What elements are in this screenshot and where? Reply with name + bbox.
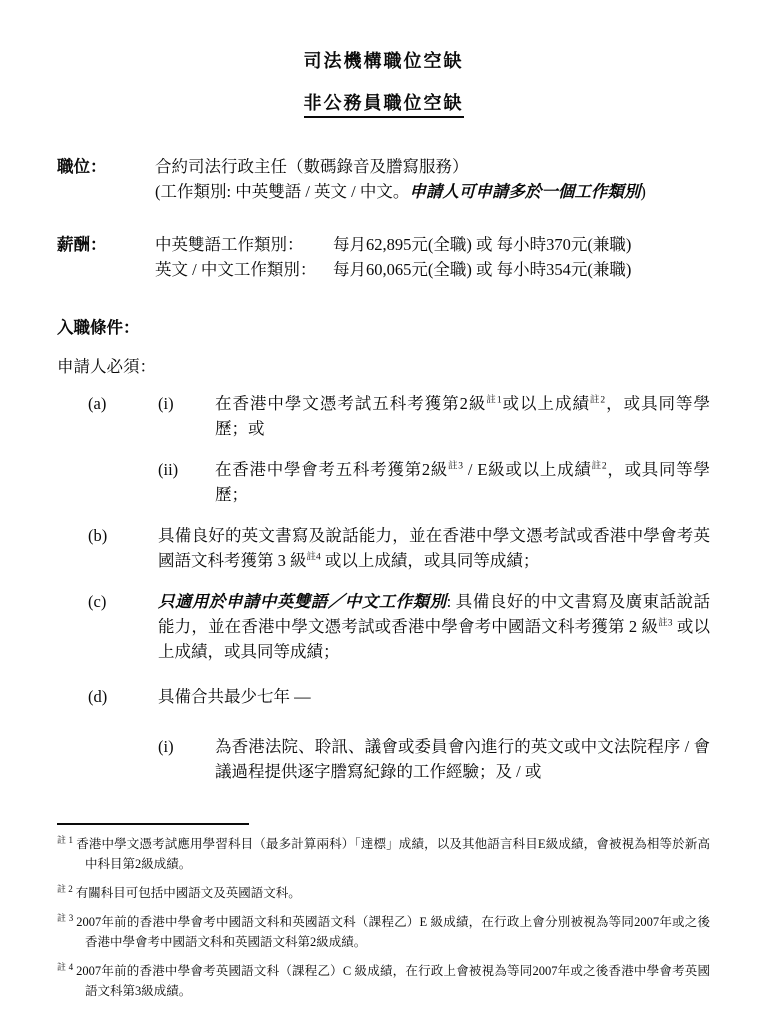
footnote-1: 註 1香港中學文憑考試應用學習科目（最多計算兩科）「達標」成績，以及其他語言科目… <box>57 834 710 874</box>
clause-a-subclause-ii: (ii) 在香港中學會考五科考獲第2級註3 / E級或以上成績註2，或具同等學歷… <box>158 457 710 507</box>
clause-a-marker: (a) <box>88 391 158 507</box>
document-title: 司法機構職位空缺 <box>57 50 710 72</box>
footnote-2-marker: 註 2 <box>57 884 76 894</box>
salary-content: 中英雙語工作類別：每月62,895元(全職) 或 每小時370元(兼職) 英文 … <box>155 232 710 282</box>
clause-a-body: (i) 在香港中學文憑考試五科考獲第2級註1或以上成績註2，或具同等學歷；或 (… <box>158 391 710 507</box>
subclause-ii-marker: (ii) <box>158 457 215 507</box>
footnote-1-text: 香港中學文憑考試應用學習科目（最多計算兩科）「達標」成績，以及其他語言科目E級成… <box>76 837 710 871</box>
footnote-3: 註 32007年前的香港中學會考中國語文科和英國語文科（課程乙）E 級成績，在行… <box>57 912 710 952</box>
clause-d-marker: (d) <box>88 684 158 784</box>
subclause-i-marker: (i) <box>158 734 215 784</box>
position-content: 合約司法行政主任（數碼錄音及謄寫服務） (工作類別: 中英雙語 / 英文 / 中… <box>155 154 710 204</box>
salary-line-english-chinese: 英文 / 中文工作類別：每月60,065元(全職) 或 每小時354元(兼職) <box>155 257 710 282</box>
document-subtitle: 非公務員職位空缺 <box>304 92 464 118</box>
clause-d-lead-text: 具備合共最少七年 — <box>158 684 710 709</box>
salary-category: 英文 / 中文工作類別： <box>155 257 333 282</box>
position-name: 合約司法行政主任（數碼錄音及謄寫服務） <box>155 154 710 179</box>
position-note: (工作類別: 中英雙語 / 英文 / 中文。申請人可申請多於一個工作類別) <box>155 179 710 204</box>
footnote-3-text: 2007年前的香港中學會考中國語文科和英國語文科（課程乙）E 級成績，在行政上會… <box>76 915 710 949</box>
salary-amount: 每月60,065元(全職) 或 每小時354元(兼職) <box>333 260 631 279</box>
footnote-divider <box>57 823 249 825</box>
salary-row: 薪酬： 中英雙語工作類別：每月62,895元(全職) 或 每小時370元(兼職)… <box>57 232 710 282</box>
clause-a: (a) (i) 在香港中學文憑考試五科考獲第2級註1或以上成績註2，或具同等學歷… <box>88 391 710 507</box>
salary-amount: 每月62,895元(全職) 或 每小時370元(兼職) <box>333 235 631 254</box>
document-subtitle-wrap: 非公務員職位空缺 <box>57 92 710 118</box>
footnote-2-text: 有關科目可包括中國語文及英國語文科。 <box>76 886 301 900</box>
footnote-4: 註 42007年前的香港中學會考英國語文科（課程乙）C 級成績，在行政上會被視為… <box>57 961 710 1001</box>
clause-c-marker: (c) <box>88 589 158 664</box>
salary-line-bilingual: 中英雙語工作類別：每月62,895元(全職) 或 每小時370元(兼職) <box>155 232 710 257</box>
requirements-heading: 入職條件： <box>57 315 710 340</box>
clause-c: (c) 只適用於申請中英雙語／中文工作類別: 具備良好的中文書寫及廣東話說話能力… <box>88 589 710 664</box>
clause-d: (d) 具備合共最少七年 — (i) 為香港法院、聆訊、議會或委員會內進行的英文… <box>88 684 710 784</box>
clause-d-body: 具備合共最少七年 — (i) 為香港法院、聆訊、議會或委員會內進行的英文或中文法… <box>158 684 710 784</box>
clause-a-subclause-i: (i) 在香港中學文憑考試五科考獲第2級註1或以上成績註2，或具同等學歷；或 <box>158 391 710 441</box>
document-page: 司法機構職位空缺 非公務員職位空缺 職位： 合約司法行政主任（數碼錄音及謄寫服務… <box>0 0 768 1024</box>
footnote-4-marker: 註 4 <box>57 962 76 972</box>
footnote-3-marker: 註 3 <box>57 913 76 923</box>
subclause-i-text: 為香港法院、聆訊、議會或委員會內進行的英文或中文法院程序 / 會議過程提供逐字謄… <box>215 734 710 784</box>
clause-b-text: 具備良好的英文書寫及說話能力，並在香港中學文憑考試或香港中學會考英國語文科考獲第… <box>158 523 710 573</box>
position-row: 職位： 合約司法行政主任（數碼錄音及謄寫服務） (工作類別: 中英雙語 / 英文… <box>57 154 710 204</box>
footnote-1-marker: 註 1 <box>57 835 76 845</box>
clause-d-subclause-i: (i) 為香港法院、聆訊、議會或委員會內進行的英文或中文法院程序 / 會議過程提… <box>158 734 710 784</box>
footnote-4-text: 2007年前的香港中學會考英國語文科（課程乙）C 級成績，在行政上會被視為等同2… <box>76 964 710 998</box>
salary-label: 薪酬： <box>57 232 155 282</box>
requirements-intro: 申請人必須： <box>57 354 710 379</box>
subclause-i-marker: (i) <box>158 391 215 441</box>
footnote-2: 註 2有關科目可包括中國語文及英國語文科。 <box>57 883 710 903</box>
clause-b-marker: (b) <box>88 523 158 573</box>
position-label: 職位： <box>57 154 155 204</box>
subclause-i-text: 在香港中學文憑考試五科考獲第2級註1或以上成績註2，或具同等學歷；或 <box>215 391 710 441</box>
subclause-ii-text: 在香港中學會考五科考獲第2級註3 / E級或以上成績註2，或具同等學歷； <box>215 457 710 507</box>
salary-category: 中英雙語工作類別： <box>155 232 333 257</box>
clause-c-text: 只適用於申請中英雙語／中文工作類別: 具備良好的中文書寫及廣東話說話能力，並在香… <box>158 589 710 664</box>
clause-b: (b) 具備良好的英文書寫及說話能力，並在香港中學文憑考試或香港中學會考英國語文… <box>88 523 710 573</box>
